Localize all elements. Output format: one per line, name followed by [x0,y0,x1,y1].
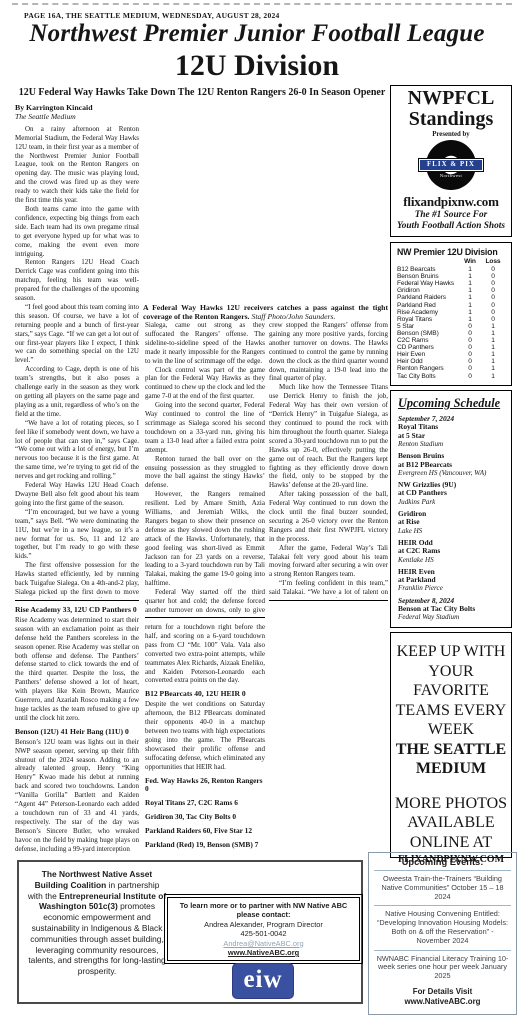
standings-win-value: 1 [459,294,481,301]
events-footer-line1: For Details Visit [374,987,511,997]
standings-row: B12 Bearcats 1 0 [397,266,505,273]
article-paragraph: “We have a lot of rotating pieces, so I … [15,419,139,481]
league-title: Northwest Premier Junior Football League [0,20,514,48]
article-headline: 12U Federal Way Hawks Take Down The 12U … [14,87,390,98]
standings-win-header: Win [459,258,481,265]
article-paragraph: The first offensive possession for the H… [15,561,139,598]
standings-team-name: Royal Titans [397,316,459,323]
schedule-title: Upcoming Schedule [398,396,504,411]
photo-credit: Staff Photo/John Saunders. [251,312,335,321]
standings-team-name: Federal Way Hawks [397,280,459,287]
standings-win-value: 1 [459,309,481,316]
score-line: Fed. Way Hawks 26, Renton Rangers 0 [145,777,265,795]
standings-row: Royal Titans 1 0 [397,316,505,323]
schedule-item-venue: Evergreen HS (Vancouver, WA) [398,469,504,477]
article-paragraph: According to Cage, depth is one of his t… [15,365,139,418]
brief-heading-rise-academy: Rise Academy 33, 12U CD Panthers 0 [15,606,139,615]
standings-win-value: 0 [459,344,481,351]
standings-loss-value: 1 [481,351,505,358]
article-paragraph: Sialega, came out strong as they suffoca… [145,321,265,366]
standings-team-name: Benson (SMB) [397,330,459,337]
article-paragraph: Federal Way Hawks 12U Head Coach Dwayne … [15,481,139,508]
schedule-item-venue: Franklin Pierce [398,584,504,592]
standings-loss-value: 0 [481,273,505,280]
event-item: Native Housing Convening Entitled: “Deve… [374,906,511,950]
standings-win-value: 0 [459,330,481,337]
standings-ad-title-line1: NWPFCL [391,88,511,109]
standings-team-name: Parkland Raiders [397,294,459,301]
article-paragraph: Renton Rangers 12U Head Coach Derrick Ca… [15,258,139,303]
standings-team-name: Gridiron [397,287,459,294]
schedule-item: Gridiron at Rise Lake HS [398,510,504,535]
standings-team-name: Heir Even [397,351,459,358]
standings-row: Parkland Raiders 1 0 [397,294,505,301]
page-top-dashed-line [12,3,512,5]
standings-team-name: Tac City Bolts [397,373,459,380]
standings-team-name: C2C Rams [397,337,459,344]
standings-row: C2C Rams 0 1 [397,337,505,344]
standings-loss-value: 1 [481,323,505,330]
schedule-item: HEIR Even at Parkland Franklin Pierce [398,568,504,593]
standings-win-value: 1 [459,266,481,273]
standings-team-name: Benson Bruins [397,273,459,280]
standings-win-value: 1 [459,273,481,280]
article-paragraph: On a rainy afternoon at Renton Memorial … [15,125,139,205]
brief-heading-pbearcats: B12 PBearcats 40, 12U HEIR 0 [145,690,265,699]
brief-body-benson: Benson’s 12U team was lights out in thei… [15,738,139,854]
standings-loss-value: 0 [481,309,505,316]
standings-rows: B12 Bearcats 1 0 Benson Bruins 1 0 Feder… [397,266,505,380]
contact-email-link: Andrea@NativeABC.org [170,939,357,948]
score-line: Royal Titans 27, C2C Rams 6 [145,799,265,808]
presented-by-label: Presented by [391,131,511,138]
article-paragraph: Federal Way started off the third quarte… [145,588,265,615]
standings-loss-value: 1 [481,330,505,337]
article-photo [143,100,388,300]
standings-win-value: 0 [459,373,481,380]
nativeabc-ad-box: The Northwest Native Asset Building Coal… [17,860,363,1004]
standings-win-value: 1 [459,316,481,323]
schedule-item: HEIR Odd at C2C Rams Kentlake HS [398,539,504,564]
standings-team-name: CD Panthers [397,344,459,351]
standings-win-value: 1 [459,287,481,294]
nativeabc-ad-text: The Northwest Native Asset Building Coal… [27,869,167,977]
standings-row: Gridiron 1 0 [397,287,505,294]
brief-body-pbearcats: Despite the wet conditions on Saturday a… [145,700,265,771]
standings-team-name: Rise Academy [397,309,459,316]
contact-box: To learn more or to partner with NW Nati… [164,894,363,964]
article-paragraph: “I’m encouraged, but we have a young tea… [15,508,139,561]
promo-photos-text: MORE PHOTOS AVAILABLE ONLINE AT [394,794,508,853]
masthead: PAGE 16A, THE SEATTLE MEDIUM, WEDNESDAY,… [24,11,280,20]
scores-list: Fed. Way Hawks 26, Renton Rangers 0Royal… [145,777,265,850]
promo-text: KEEP UP WITH YOUR FAVORITE TEAMS EVERY W… [394,642,508,740]
brief-body-rise-academy: Rise Academy was determined to start the… [15,616,139,723]
briefs-column-2: return for a touchdown right before the … [145,623,265,855]
briefs-column-1: Rise Academy 33, 12U CD Panthers 0 Rise … [15,606,139,858]
brief-body-benson-continued: return for a touchdown right before the … [145,623,265,685]
flix-pix-logo-subtext: Northwest [421,173,481,178]
standings-loss-value: 0 [481,316,505,323]
section-divider-rule [269,600,388,601]
events-footer-website: www.NativeABC.org [374,997,511,1007]
flix-pix-logo-icon: FLIX & PIX Northwest [421,140,481,192]
standings-team-name: B12 Bearcats [397,266,459,273]
standings-row: Benson (SMB) 0 1 [397,330,505,337]
schedule-item-matchup-line2: at Rise [398,518,504,526]
standings-row: CD Panthers 0 1 [397,344,505,351]
article-paragraph: “I’m feeling confident in this team,” sa… [269,579,388,598]
promo-brand: THE SEATTLE MEDIUM [394,740,508,779]
standings-loss-value: 0 [481,302,505,309]
contact-website-link: www.NativeABC.org [170,948,357,957]
standings-win-value: 0 [459,351,481,358]
article-paragraph: Both teams came into the game with confi… [15,205,139,258]
contact-phone: 425-501-0042 [170,929,357,938]
standings-loss-value: 0 [481,287,505,294]
schedule-item-venue: Lake HS [398,527,504,535]
standings-loss-value: 1 [481,337,505,344]
standings-loss-value: 0 [481,294,505,301]
flix-pix-tagline-1: The #1 Source For [391,210,511,221]
schedule-item: September 7, 2024 Royal Titans at 5 Star… [398,415,504,448]
article-paragraph: Much like how the Tennessee Titans use D… [269,383,388,490]
schedule-item-matchup-line2: at Parkland [398,576,504,584]
contact-heading-line1: To learn more or to partner with NW Nati… [170,901,357,910]
standings-loss-value: 0 [481,266,505,273]
article-paragraph: However, the Rangers remained resilient.… [145,490,265,588]
standings-win-value: 1 [459,302,481,309]
score-line: Parkland Raiders 60, Five Star 12 [145,827,265,836]
standings-row: 5 Star 0 1 [397,323,505,330]
event-item: Oweesta Train-the-Trainers “Building Nat… [374,871,511,906]
standings-loss-value: 1 [481,373,505,380]
standings-row: Renton Rangers 0 1 [397,365,505,372]
section-divider-rule [145,617,265,618]
standings-team-name: 5 Star [397,323,459,330]
score-line: Parkland (Red) 19, Benson (SMB) 7 [145,841,265,850]
schedule-item-venue: Kentlake HS [398,556,504,564]
standings-team-name: Heir Odd [397,358,459,365]
article-paragraph: “I feel good about this team coming into… [15,303,139,365]
brief-heading-benson: Benson (12U) 41 Heir Bang (11U) 0 [15,728,139,737]
standings-ad-title-line2: Standings [391,109,511,130]
standings-win-value: 1 [459,280,481,287]
flix-pix-logo-banner: FLIX & PIX [419,159,483,171]
flix-pix-website: flixandpixnw.com [391,194,511,210]
article-paragraph: After the game, Federal Way’s Tali Talak… [269,544,388,580]
standings-loss-value: 1 [481,365,505,372]
contact-person: Andrea Alexander, Program Director [170,920,357,929]
article-column-3: crew stopped the Rangers’ offense from g… [269,321,388,598]
standings-ad-box: NWPFCL Standings Presented by FLIX & PIX… [390,85,512,237]
standings-row: Tac City Bolts 0 1 [397,373,505,380]
article-paragraph: After taking possession of the ball, Fed… [269,490,388,543]
events-title: Upcoming Events: [374,857,511,871]
eiw-logo: eiw [232,963,294,999]
standings-box: NW Premier 12U Division Win Loss B12 Bea… [390,242,512,386]
schedule-items: September 7, 2024 Royal Titans at 5 Star… [398,415,504,622]
ad-regular-segment-2: promotes economic empowerment and sustai… [28,901,165,976]
standings-loss-value: 1 [481,358,505,365]
standings-row: Benson Bruins 1 0 [397,273,505,280]
contact-heading-line2: please contact: [170,910,357,919]
schedule-box: Upcoming Schedule September 7, 2024 Roya… [390,390,512,628]
article-paragraph: Going into the second quarter, Federal W… [145,401,265,454]
section-divider-rule [15,600,139,601]
score-line: Gridiron 30, Tac City Bolts 0 [145,813,265,822]
standings-row: Heir Even 0 1 [397,351,505,358]
standings-win-value: 0 [459,358,481,365]
schedule-item-matchup-line2: at B12 PBearcats [398,461,504,469]
article-col3-paragraphs: crew stopped the Rangers’ offense from g… [269,321,388,598]
schedule-item-venue: Judkins Park [398,498,504,506]
article-column-1: By Karrington Kincaid The Seattle Medium… [15,104,139,598]
article-paragraph: crew stopped the Rangers’ offense from g… [269,321,388,383]
byline-organization: The Seattle Medium [15,113,139,122]
article-paragraph: Clock control was part of the game plan … [145,366,265,402]
standings-header-row: Win Loss [397,258,505,265]
event-item: NWNABC Financial Literacy Training 10-we… [374,951,511,985]
photo-caption: A Federal Way Hawks 12U receivers catche… [143,303,388,321]
standings-team-header [397,258,459,265]
flix-pix-tagline-2: Youth Football Action Shots [391,221,511,232]
standings-win-value: 0 [459,337,481,344]
article-col2-paragraphs: Sialega, came out strong as they suffoca… [145,321,265,615]
standings-team-name: Renton Rangers [397,365,459,372]
standings-title: NW Premier 12U Division [397,247,505,257]
events-box: Upcoming Events: Oweesta Train-the-Train… [368,852,517,1015]
article-col1-paragraphs: On a rainy afternoon at Renton Memorial … [15,125,139,598]
standings-win-value: 0 [459,365,481,372]
standings-row: Parkland Red 1 0 [397,302,505,309]
standings-win-value: 0 [459,323,481,330]
schedule-item-venue: Renton Stadium [398,440,504,448]
schedule-item-matchup-line2: at 5 Star [398,432,504,440]
schedule-item-matchup-line2: at CD Panthers [398,489,504,497]
standings-loss-value: 0 [481,280,505,287]
schedule-item-matchup-line1: Benson at Tac City Bolts [398,605,504,613]
standings-loss-header: Loss [481,258,505,265]
schedule-item-matchup-line2: at C2C Rams [398,547,504,555]
schedule-item: NW Grizzlies (9U) at CD Panthers Judkins… [398,481,504,506]
schedule-item-venue: Federal Way Stadium [398,613,504,621]
division-title: 12U Division [0,49,514,83]
schedule-item: Benson Bruins at B12 PBearcats Evergreen… [398,452,504,477]
article-paragraph: Renton turned the ball over on the ensui… [145,455,265,491]
schedule-item: September 8, 2024 Benson at Tac City Bol… [398,597,504,622]
promo-box: KEEP UP WITH YOUR FAVORITE TEAMS EVERY W… [390,632,512,858]
standings-team-name: Parkland Red [397,302,459,309]
article-column-2: Sialega, came out strong as they suffoca… [145,321,265,615]
standings-row: Federal Way Hawks 1 0 [397,280,505,287]
standings-row: Rise Academy 1 0 [397,309,505,316]
standings-row: Heir Odd 0 1 [397,358,505,365]
events-list: Oweesta Train-the-Trainers “Building Nat… [374,871,511,985]
standings-loss-value: 1 [481,344,505,351]
